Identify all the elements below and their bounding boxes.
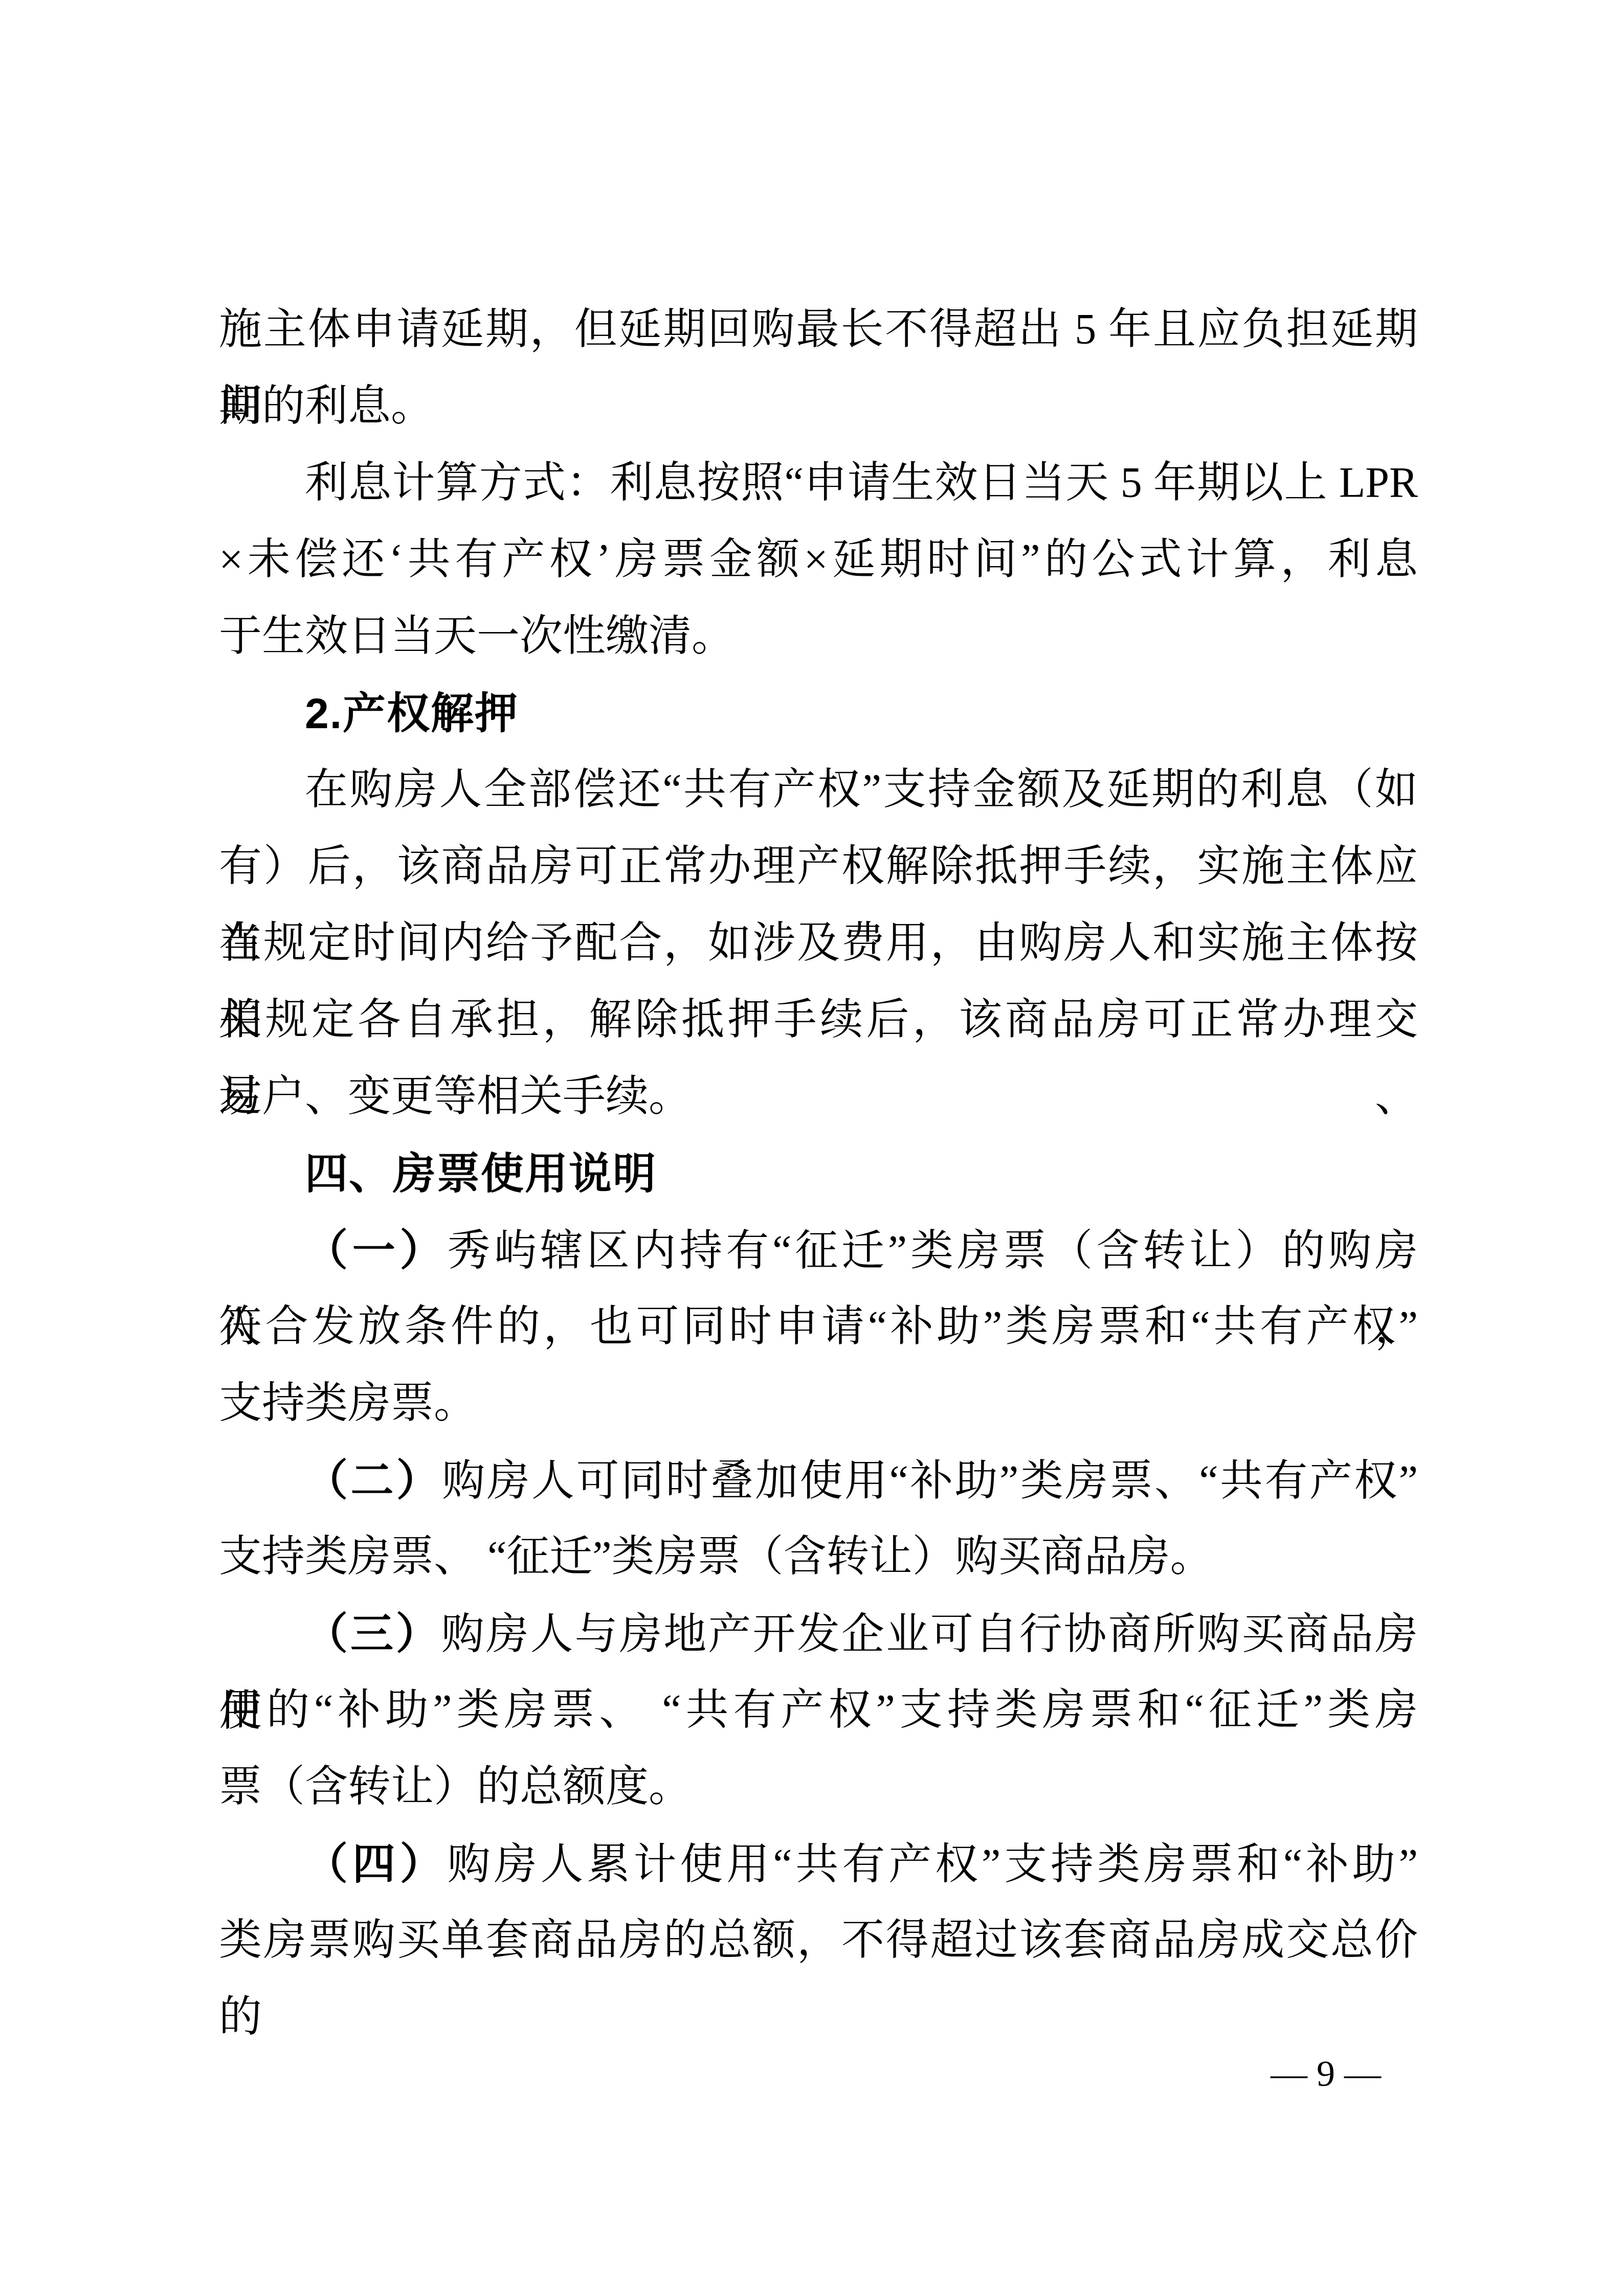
heading-text: （四） [305, 1840, 448, 1888]
text-line: 支持类房票、 “征迁”类房票（含转让）购买商品房。 [219, 1519, 1418, 1595]
body-text: 间的利息。 [219, 382, 434, 430]
body-text: 符合发放条件的，也可同时申请“补助”类房票和“共有产权” [219, 1303, 1418, 1350]
heading-text: （一） [305, 1226, 447, 1274]
text-line: 2.产权解押 [219, 675, 1418, 752]
body-text: ×未偿还‘共有产权’房票金额×延期时间”的公式计算，利息 [219, 536, 1418, 583]
body-text: 票（含转让）的总额度。 [219, 1763, 692, 1811]
body-text: 用的“补助”类房票、 “共有产权”支持类房票和“征迁”类房 [219, 1686, 1418, 1734]
heading-text: （三） [305, 1610, 441, 1658]
text-line: 施主体申请延期，但延期回购最长不得超出 5 年且应负担延期期 [219, 291, 1418, 368]
text-line: 票（含转让）的总额度。 [219, 1749, 1418, 1826]
heading-text: （二） [305, 1456, 442, 1504]
heading-text: 2.产权解押 [305, 689, 519, 737]
page-number: — 9 — [1271, 2045, 1381, 2102]
text-line: 四、房票使用说明 [219, 1135, 1418, 1212]
text-line: 在规定时间内给予配合，如涉及费用，由购房人和实施主体按相 [219, 905, 1418, 982]
body-text: 在购房人全部偿还“共有产权”支持金额及延期的利息（如 [305, 766, 1418, 814]
text-line: 利息计算方式：利息按照“申请生效日当天 5 年期以上 LPR [219, 445, 1418, 522]
text-line: （一）秀屿辖区内持有“征迁”类房票（含转让）的购房人， [219, 1212, 1418, 1289]
text-lines: 施主体申请延期，但延期回购最长不得超出 5 年且应负担延期期间的利息。利息计算方… [219, 291, 1418, 1979]
text-line: 于生效日当天一次性缴清。 [219, 598, 1418, 675]
text-block: 施主体申请延期，但延期回购最长不得超出 5 年且应负担延期期间的利息。利息计算方… [219, 291, 1418, 1979]
text-line: （二）购房人可同时叠加使用“补助”类房票、“共有产权” [219, 1442, 1418, 1519]
body-text: 利息计算方式：利息按照“申请生效日当天 5 年期以上 LPR [305, 459, 1418, 507]
text-line: 间的利息。 [219, 368, 1418, 445]
body-text: 类房票购买单套商品房的总额，不得超过该套商品房成交总价的 [219, 1917, 1418, 2041]
body-text: 于生效日当天一次性缴清。 [219, 613, 735, 660]
document-page: 施主体申请延期，但延期回购最长不得超出 5 年且应负担延期期间的利息。利息计算方… [0, 0, 1624, 2296]
text-line: 类房票购买单套商品房的总额，不得超过该套商品房成交总价的 [219, 1902, 1418, 1979]
text-line: 用的“补助”类房票、 “共有产权”支持类房票和“征迁”类房 [219, 1672, 1418, 1749]
text-line: 符合发放条件的，也可同时申请“补助”类房票和“共有产权” [219, 1289, 1418, 1365]
text-line: 在购房人全部偿还“共有产权”支持金额及延期的利息（如 [219, 752, 1418, 828]
body-text: 支持类房票、 “征迁”类房票（含转让）购买商品房。 [219, 1533, 1213, 1581]
text-line: 有）后，该商品房可正常办理产权解除抵押手续，实施主体应当 [219, 828, 1418, 905]
body-text: 购房人累计使用“共有产权”支持类房票和“补助” [448, 1841, 1418, 1888]
text-line: 关规定各自承担，解除抵押手续后，该商品房可正常办理交易、 [219, 982, 1418, 1059]
heading-text: 四、房票使用说明 [305, 1150, 657, 1198]
body-text: 支持类房票。 [219, 1380, 477, 1427]
text-line: 支持类房票。 [219, 1365, 1418, 1442]
text-line: （三）购房人与房地产开发企业可自行协商所购买商品房使 [219, 1595, 1418, 1672]
body-text: 过户、变更等相关手续。 [219, 1073, 692, 1120]
body-text: 购房人可同时叠加使用“补助”类房票、“共有产权” [442, 1457, 1418, 1505]
text-line: ×未偿还‘共有产权’房票金额×延期时间”的公式计算，利息 [219, 522, 1418, 598]
text-line: （四）购房人累计使用“共有产权”支持类房票和“补助” [219, 1826, 1418, 1902]
